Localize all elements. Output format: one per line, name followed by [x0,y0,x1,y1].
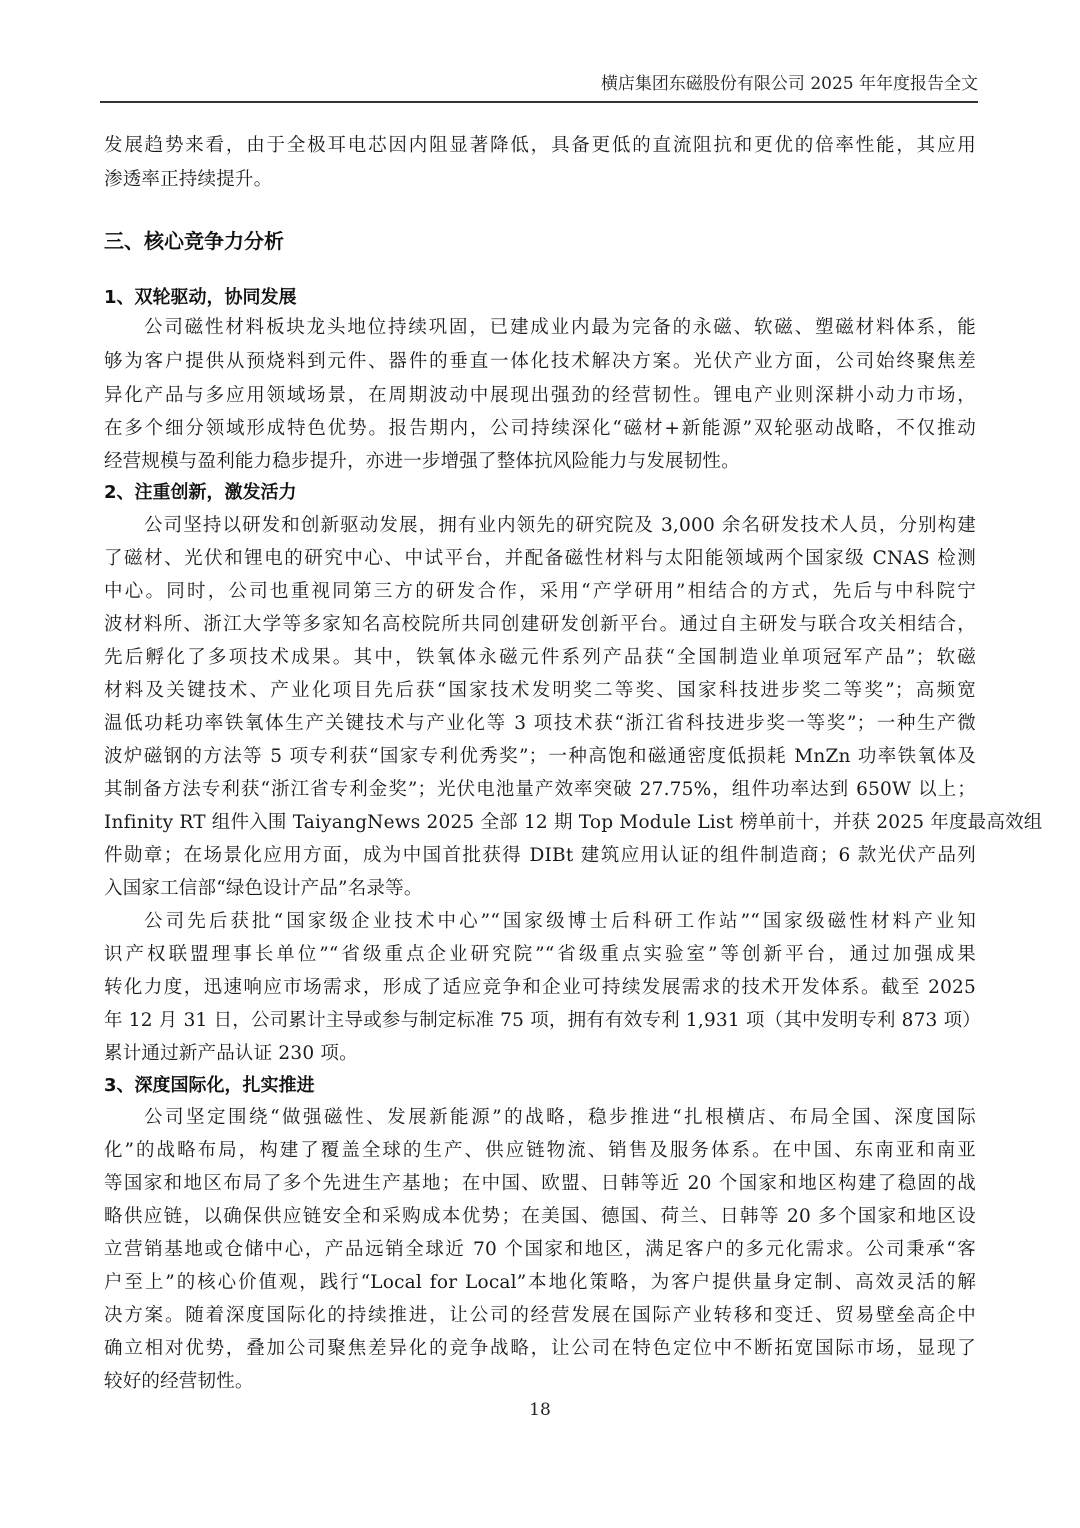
text-line: 其制备方法专利获“浙江省专利金奖”；光伏电池量产效率突破 27.75%，组件功率… [104,778,976,802]
subsection-heading-3: 3、深度国际化，扎实推进 [104,1074,315,1098]
text-line: 确立相对优势，叠加公司聚焦差异化的竞争战略，让公司在特色定位中不断拓宽国际市场，… [104,1337,976,1361]
text-line: 年 12 月 31 日，公司累计主导或参与制定标准 75 项，拥有有效专利 1,… [104,1009,976,1033]
text-line: 发展趋势来看，由于全极耳电芯因内阻显著降低，具备更低的直流阻抗和更优的倍率性能，… [104,134,976,158]
text-line: 温低功耗功率铁氧体生产关键技术与产业化等 3 项技术获“浙江省科技进步奖一等奖”… [104,712,976,736]
subsection-heading-2: 2、注重创新，激发活力 [104,481,297,505]
text-line: 件勋章；在场景化应用方面，成为中国首批获得 DIBt 建筑应用认证的组件制造商；… [104,844,976,868]
text-line: 波炉磁钢的方法等 5 项专利获“国家专利优秀奖”；一种高饱和磁通密度低损耗 Mn… [104,745,976,769]
text-line: 化”的战略布局，构建了覆盖全球的生产、供应链物流、销售及服务体系。在中国、东南亚… [104,1139,976,1163]
text-line: 波材料所、浙江大学等多家知名高校院所共同创建研发创新平台。通过自主研发与联合攻关… [104,613,976,637]
text-line: 立营销基地或仓储中心，产品远销全球近 70 个国家和地区，满足客户的多元化需求。… [104,1238,976,1262]
text-line: 决方案。随着深度国际化的持续推进，让公司的经营发展在国际产业转移和变迁、贸易壁垒… [104,1304,976,1328]
text-line: 等国家和地区布局了多个先进生产基地；在中国、欧盟、日韩等近 20 个国家和地区构… [104,1172,976,1196]
text-line: 公司坚定围绕“做强磁性、发展新能源”的战略，稳步推进“扎根横店、布局全国、深度国… [144,1106,976,1130]
text-line: 材料及关键技术、产业化项目先后获“国家技术发明奖二等奖、国家科技进步奖二等奖”；… [104,679,976,703]
text-line: Infinity RT 组件入围 TaiyangNews 2025 全部 12 … [104,811,976,835]
text-line: 识产权联盟理事长单位”“省级重点企业研究院”“省级重点实验室”等创新平台，通过加… [104,943,976,967]
text-line: 够为客户提供从预烧料到元件、器件的垂直一体化技术解决方案。光伏产业方面，公司始终… [104,350,976,374]
text-line: 公司坚持以研发和创新驱动发展，拥有业内领先的研究院及 3,000 余名研发技术人… [144,514,976,538]
text-line: 较好的经营韧性。 [104,1370,976,1394]
text-line: 入国家工信部“绿色设计产品”名录等。 [104,877,976,901]
header-divider [100,101,978,103]
text-line: 户至上”的核心价值观，践行“Local for Local”本地化策略，为客户提… [104,1271,976,1295]
text-line: 中心。同时，公司也重视同第三方的研发合作，采用“产学研用”相结合的方式，先后与中… [104,580,976,604]
text-line: 先后孵化了多项技术成果。其中，铁氧体永磁元件系列产品获“全国制造业单项冠军产品”… [104,646,976,670]
text-line: 公司先后获批“国家级企业技术中心”“国家级博士后科研工作站”“国家级磁性材料产业… [144,910,976,934]
text-line: 转化力度，迅速响应市场需求，形成了适应竞争和企业可持续发展需求的技术开发体系。截… [104,976,976,1000]
subsection-heading-1: 1、双轮驱动，协同发展 [104,286,297,310]
text-line: 累计通过新产品认证 230 项。 [104,1042,976,1066]
report-title: 横店集团东磁股份有限公司 2025 年年度报告全文 [100,72,978,96]
section-heading: 三、核心竞争力分析 [104,228,284,254]
text-line: 经营规模与盈利能力稳步提升，亦进一步增强了整体抗风险能力与发展韧性。 [104,450,976,474]
text-line: 了磁材、光伏和锂电的研究中心、中试平台，并配备磁性材料与太阳能领域两个国家级 C… [104,547,976,571]
text-line: 异化产品与多应用领域场景，在周期波动中展现出强劲的经营韧性。锂电产业则深耕小动力… [104,384,976,408]
text-line: 略供应链，以确保供应链安全和采购成本优势；在美国、德国、荷兰、日韩等 20 多个… [104,1205,976,1229]
page-number: 18 [0,1400,1080,1420]
text-line: 渗透率正持续提升。 [104,168,976,192]
text-line: 在多个细分领域形成特色优势。报告期内，公司持续深化“磁材+新能源”双轮驱动战略，… [104,417,976,441]
text-line: 公司磁性材料板块龙头地位持续巩固，已建成业内最为完备的永磁、软磁、塑磁材料体系，… [144,316,976,340]
